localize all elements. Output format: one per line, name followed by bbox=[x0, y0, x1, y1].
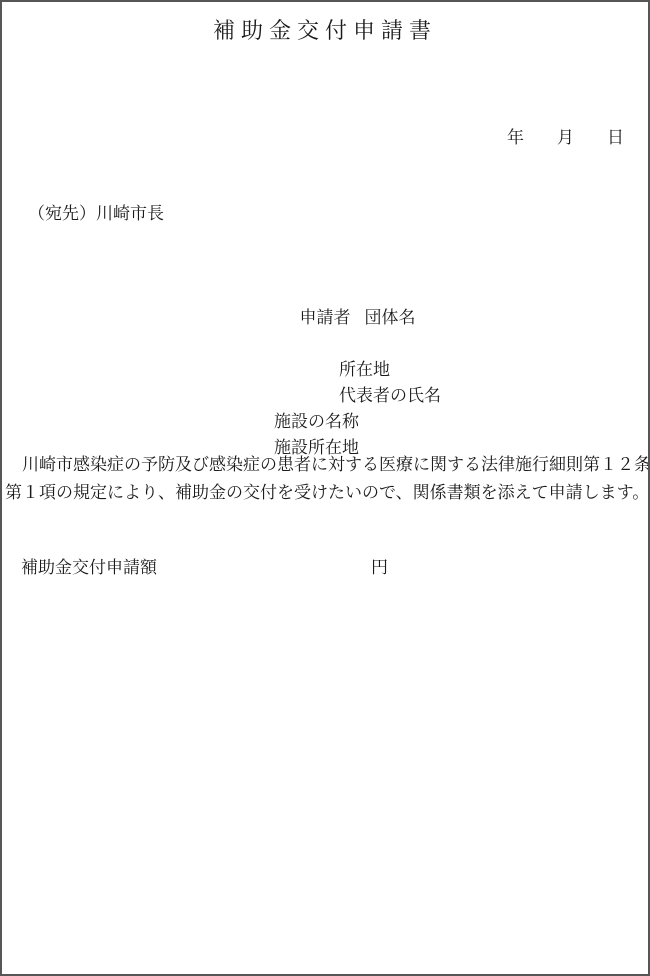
applicant-block: 申請者団体名 所在地 代表者の氏名 施設の名称 施設所在地 bbox=[274, 279, 441, 461]
amount-line: 補助金交付申請額 円 bbox=[2, 553, 648, 575]
body-paragraph: 川崎市感染症の予防及び感染症の患者に対する医療に関する法律施行細則第１２条 第１… bbox=[5, 451, 648, 507]
date-month-label: 月 bbox=[557, 128, 574, 148]
body-line-1: 川崎市感染症の予防及び感染症の患者に対する医療に関する法律施行細則第１２条 bbox=[5, 451, 648, 479]
amount-label: 補助金交付申請額 bbox=[21, 553, 157, 578]
date-line: 年 月 日 bbox=[507, 128, 624, 148]
amount-unit-label: 円 bbox=[371, 553, 388, 578]
addressee-line: （宛先）川崎市長 bbox=[28, 203, 164, 225]
document-title: 補助金交付申請書 bbox=[2, 14, 648, 45]
application-form-page: 補助金交付申請書 年 月 日 （宛先）川崎市長 申請者団体名 所在地 代表者の氏… bbox=[0, 0, 650, 976]
facility-name-label: 施設の名称 bbox=[274, 409, 441, 435]
applicant-address-label: 所在地 bbox=[339, 357, 441, 383]
date-year-label: 年 bbox=[507, 128, 524, 148]
body-line-2: 第１項の規定により、補助金の交付を受けたいので、関係書類を添えて申請します。 bbox=[5, 479, 648, 507]
applicant-org-name-row: 申請者団体名 bbox=[274, 279, 441, 357]
date-day-label: 日 bbox=[607, 128, 624, 148]
representative-name-label: 代表者の氏名 bbox=[339, 383, 441, 409]
applicant-label: 申請者 bbox=[300, 308, 351, 327]
org-name-label: 団体名 bbox=[365, 308, 416, 327]
